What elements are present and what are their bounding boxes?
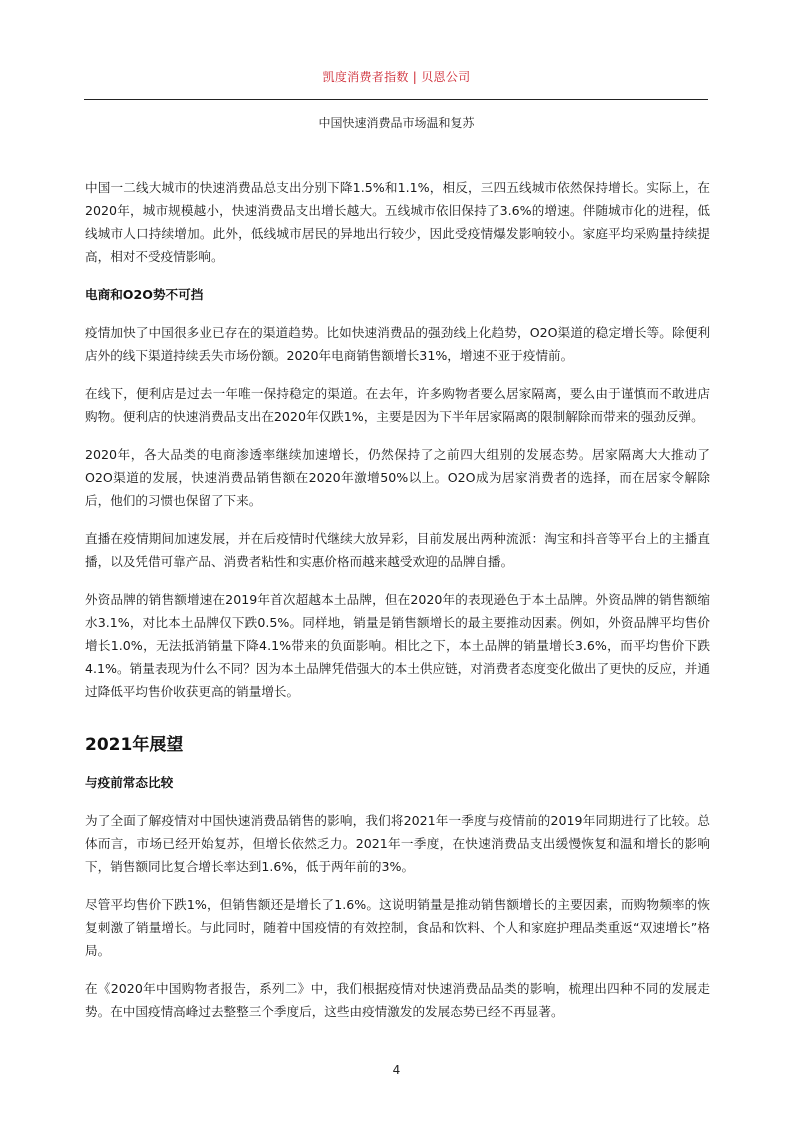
section-heading-2021-outlook: 2021年展望 (85, 733, 710, 757)
header-divider (84, 99, 708, 100)
paragraph-volume-driven-growth: 尽管平均售价下跌1%，但销售额还是增长了1.6%。这说明销量是推动销售额增长的主… (85, 893, 710, 962)
paragraph-ecommerce-penetration: 2020年，各大品类的电商渗透率继续加速增长，仍然保持了之前四大组别的发展态势。… (85, 443, 710, 512)
section-heading-ecommerce-o2o: 电商和O2O势不可挡 (85, 283, 710, 306)
section-subheading-pre-covid-comparison: 与疫前常态比较 (85, 771, 710, 794)
paragraph-city-tiers: 中国一二线大城市的快速消费品总支出分别下降1.5%和1.1%，相反，三四五线城市… (85, 176, 710, 268)
paragraph-shopper-report-reference: 在《2020年中国购物者报告，系列二》中，我们根据疫情对快速消费品品类的影响，梳… (85, 977, 710, 1023)
page-content: 中国一二线大城市的快速消费品总支出分别下降1.5%和1.1%，相反，三四五线城市… (85, 176, 710, 1023)
paragraph-q1-2021-comparison: 为了全面了解疫情对中国快速消费品销售的影响，我们将2021年一季度与疫情前的20… (85, 809, 710, 878)
paragraph-livestreaming: 直播在疫情期间加速发展，并在后疫情时代继续大放异彩，目前发展出两种流派：淘宝和抖… (85, 527, 710, 573)
page-number: 4 (0, 1063, 793, 1077)
report-brand-header: 凯度消费者指数 | 贝恩公司 (0, 68, 793, 85)
paragraph-channel-trends: 疫情加快了中国很多业已存在的渠道趋势。比如快速消费品的强劲线上化趋势，O2O渠道… (85, 321, 710, 367)
paragraph-convenience-stores: 在线下，便利店是过去一年唯一保持稳定的渠道。在去年，许多购物者要么居家隔离，要么… (85, 382, 710, 428)
paragraph-foreign-vs-local-brands: 外资品牌的销售额增速在2019年首次超越本土品牌，但在2020年的表现逊色于本土… (85, 588, 710, 703)
report-subtitle: 中国快速消费品市场温和复苏 (0, 114, 793, 131)
